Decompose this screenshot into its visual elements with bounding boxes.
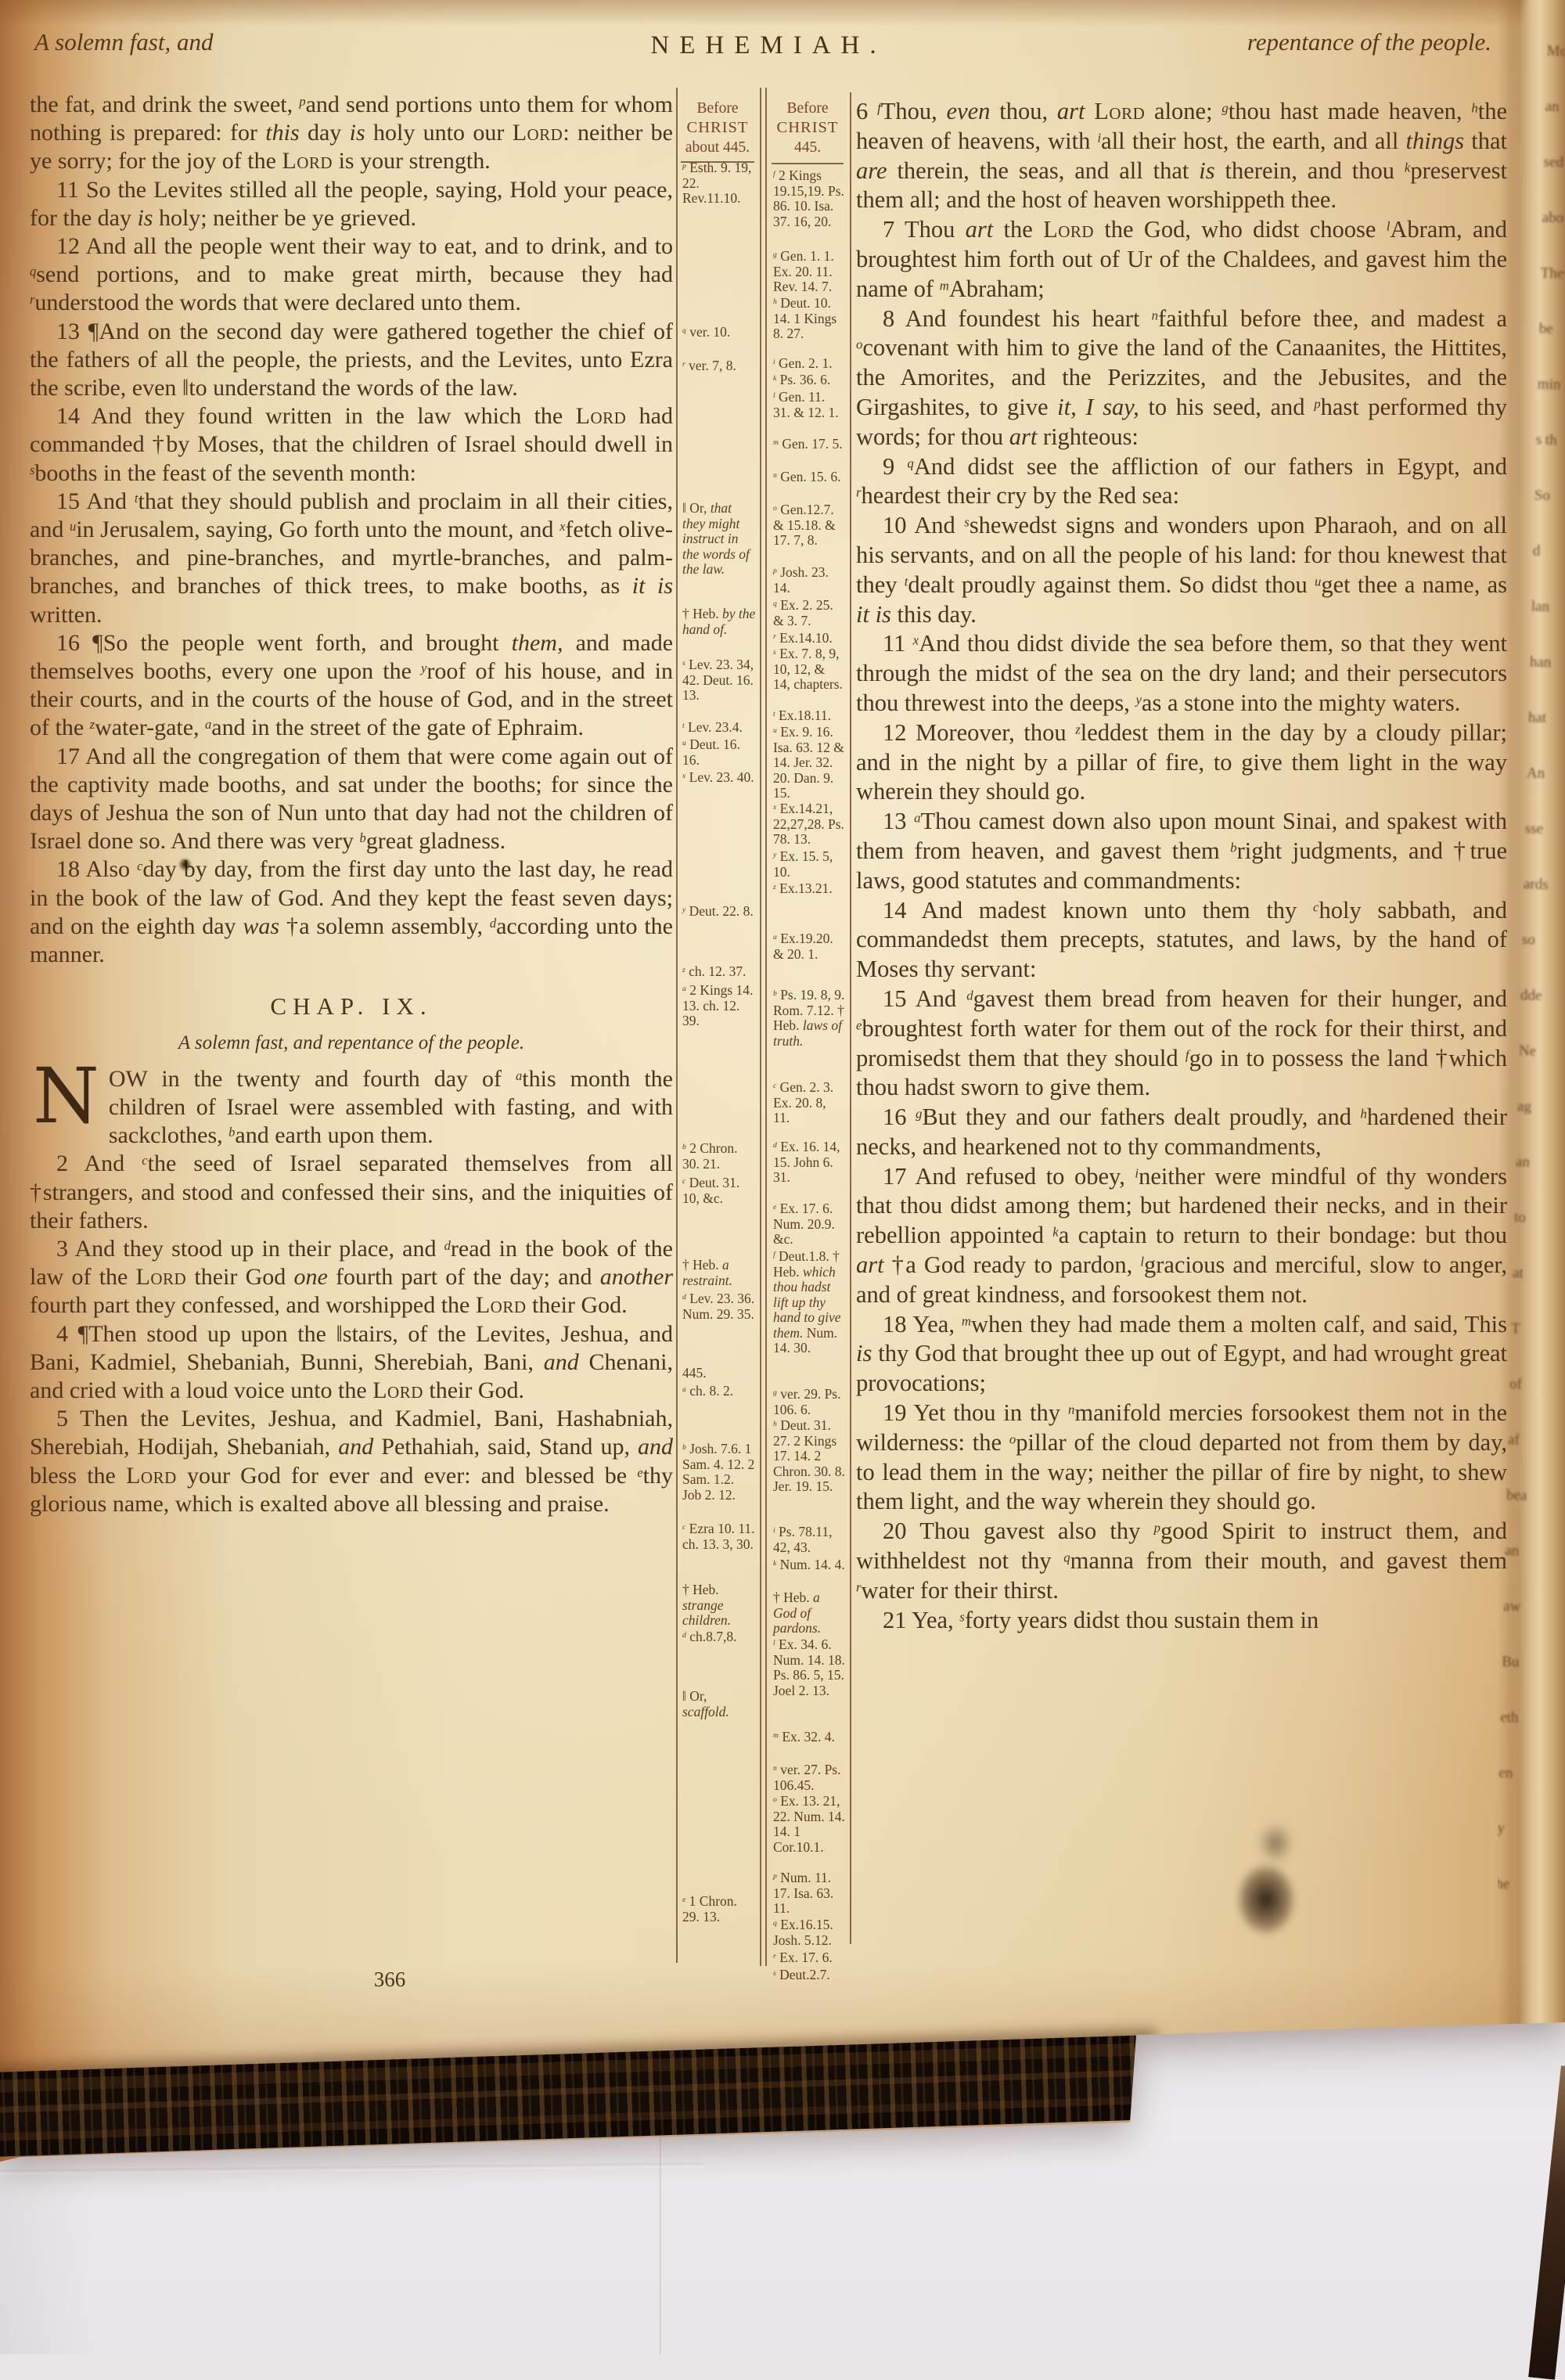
margin-ref: c Gen. 2. 3. Ex. 20. 8, 11. (773, 1080, 845, 1126)
verse-9-5: 5 Then the Levites, Jeshua, and Kadmiel,… (30, 1405, 673, 1518)
margin-ref: t Lev. 23.4. (682, 720, 756, 736)
verse-9-17: 17 And refused to obey, ineither were mi… (856, 1162, 1507, 1310)
drop-cap: N (30, 1065, 109, 1126)
margin-ref: x Ex.14.21, 22,27,28. Ps. 78. 13. (773, 801, 845, 848)
margin-ref: q Ex.16.15. Josh. 5.12. (773, 1917, 845, 1948)
verse-9-21: 21 Yea, sforty years didst thou sustain … (856, 1606, 1507, 1636)
margin-ref: x Lev. 23. 40. (682, 770, 756, 786)
margin-ref: i Ps. 78.11, 42, 43. (773, 1525, 845, 1555)
verse-9-4: 4 ¶Then stood up upon the ‖stairs, of th… (30, 1320, 673, 1406)
margin-ref: d Ex. 16. 14, 15. John 6. 31. (773, 1140, 845, 1186)
bible-book: Mor an sed abo The be min s th So d lan … (0, 0, 1565, 2354)
margin-ref: k Num. 14. 4. (773, 1557, 845, 1573)
margin-references-left: p Esth. 9. 19, 22. Rev.11.10.q ver. 10.r… (682, 0, 756, 2035)
margin-ref: a Ex.19.20. & 20. 1. (773, 931, 845, 962)
ink-smudge-faint (1252, 1816, 1299, 1871)
margin-ref: b 2 Chron. 30. 21. (682, 1141, 756, 1172)
verse-8-18: 18 Also cday by day, from the first day … (30, 855, 673, 969)
column-rule-1 (676, 88, 678, 1963)
margin-references-right: f 2 Kings 19.15,19. Ps. 86. 10. Isa. 37.… (773, 0, 845, 2035)
margin-ref: p Josh. 23. 14. (773, 565, 845, 596)
verse-8-16: 16 ¶So the people went forth, and brough… (30, 629, 673, 743)
verse-8-14: 14 And they found written in the law whi… (30, 402, 673, 488)
margin-ref: p Esth. 9. 19, 22. Rev.11.10. (682, 160, 756, 207)
margin-ref: o Ex. 13. 21, 22. Num. 14. 14. 1 Cor.10.… (773, 1794, 845, 1855)
margin-ref: z Ex.13.21. (773, 881, 845, 897)
margin-ref: ‖ Or, that they might instruct in the wo… (682, 501, 756, 578)
verse-9-18: 18 Yea, mwhen they had made them a molte… (856, 1310, 1507, 1399)
verse-9-20: 20 Thou gavest also thy pgood Spirit to … (856, 1517, 1507, 1605)
chapter-heading: CHAP. IX. (30, 992, 673, 1021)
margin-ref: t Ex.18.11. (773, 708, 845, 724)
page-number: 366 (343, 1968, 437, 1992)
running-head-right: repentance of the people. (1247, 28, 1491, 56)
verse-8-15: 15 And tthat they should publish and pro… (30, 488, 673, 629)
margin-ref: † Heb. a restraint. (682, 1258, 756, 1288)
margin-ref: h Deut. 10. 14. 1 Kings 8. 27. (773, 296, 845, 342)
margin-ref: q Ex. 2. 25. & 3. 7. (773, 598, 845, 628)
margin-ref: ‖ Or, scaffold. (682, 1689, 756, 1719)
margin-ref: e 1 Chron. 29. 13. (682, 1894, 756, 1925)
column-rule-2 (760, 88, 761, 1966)
margin-ref: m Gen. 17. 5. (773, 437, 845, 452)
text-column-left: the fat, and drink the sweet, pand send … (30, 91, 673, 1518)
column-rule-4 (850, 92, 851, 1944)
margin-ref: y Ex. 15. 5, 10. (773, 849, 845, 880)
verse-9-1: NOW in the twenty and fourth day of athi… (30, 1065, 673, 1150)
margin-ref: g ver. 29. Ps. 106. 6. (773, 1387, 845, 1417)
margin-ref: g Gen. 1. 1. Ex. 20. 11. Rev. 14. 7. (773, 249, 845, 295)
verse-9-19: 19 Yet thou in thy nmanifold mercies for… (856, 1399, 1507, 1517)
margin-ref: a ch. 8. 2. (682, 1384, 756, 1399)
verse-8-13: 13 ¶And on the second day were gathered … (30, 318, 673, 403)
verse-9-12: 12 Moreover, thou zleddest them in the d… (856, 718, 1507, 807)
margin-ref: l Gen. 11. 31. & 12. 1. (773, 390, 845, 420)
verse-9-16: 16 gBut they and our fathers dealt proud… (856, 1103, 1507, 1162)
margin-ref: r Ex.14.10. (773, 631, 845, 646)
margin-ref: n ver. 27. Ps. 106.45. (773, 1762, 845, 1793)
verse-9-9: 9 qAnd didst see the affliction of our f… (856, 452, 1507, 512)
margin-ref: f 2 Kings 19.15,19. Ps. 86. 10. Isa. 37.… (773, 168, 845, 229)
margin-ref: r ver. 7, 8. (682, 358, 756, 374)
margin-ref: s Deut.2.7. (773, 1968, 845, 1983)
margin-ref: f Deut.1.8. † Heb. which thou hadst lift… (773, 1249, 845, 1356)
verse-9-13: 13 aThou camest down also upon mount Sin… (856, 807, 1507, 895)
verse-9-11: 11 xAnd thou didst divide the sea before… (856, 629, 1507, 718)
margin-ref: l Ex. 34. 6. Num. 14. 18. Ps. 86. 5, 15.… (773, 1637, 845, 1698)
verse-9-14: 14 And madest known unto them thy choly … (856, 896, 1507, 985)
margin-ref: m Ex. 32. 4. (773, 1730, 845, 1745)
margin-ref: k Ps. 36. 6. (773, 373, 845, 388)
margin-ref: i Gen. 2. 1. (773, 356, 845, 372)
margin-ref: y Deut. 22. 8. (682, 904, 756, 920)
text-column-right: 6 fThou, even thou, art Lord alone; gtho… (856, 97, 1507, 1635)
verse-9-7: 7 Thou art the Lord the God, who didst c… (856, 215, 1507, 304)
page-content: A solemn fast, and NEHEMIAH. repentance … (0, 0, 1565, 2168)
margin-ref: c Deut. 31. 10, &c. (682, 1176, 756, 1206)
verse-8-17: 17 And all the congregation of them that… (30, 743, 673, 856)
margin-ref: † Heb. by the hand of. (682, 607, 756, 637)
margin-ref: a 2 Kings 14. 13. ch. 12. 39. (682, 983, 756, 1029)
margin-ref: q ver. 10. (682, 325, 756, 340)
margin-ref: b Josh. 7.6. 1 Sam. 4. 12. 2 Sam. 1.2. J… (682, 1442, 756, 1503)
column-rule-3 (765, 88, 767, 1966)
margin-ref: h Deut. 31. 27. 2 Kings 17. 14. 2 Chron.… (773, 1418, 845, 1495)
verse-8-10: the fat, and drink the sweet, pand send … (30, 91, 673, 176)
margin-ref: s Ex. 7. 8, 9, 10, 12, & 14, chapters. (773, 646, 845, 693)
margin-ref: z ch. 12. 37. (682, 964, 756, 980)
margin-ref: p Num. 11. 17. Isa. 63. 11. (773, 1871, 845, 1917)
margin-ref: s Lev. 23. 34, 42. Deut. 16. 13. (682, 657, 756, 704)
ink-blot (178, 858, 192, 871)
verse-8-12: 12 And all the people went their way to … (30, 232, 673, 318)
margin-ref: 445. (682, 1366, 756, 1381)
verse-9-10: 10 And sshewedst signs and wonders upon … (856, 511, 1507, 629)
margin-ref: o Gen.12.7. & 15.18. & 17. 7, 8. (773, 502, 845, 549)
verse-9-15: 15 And dgavest them bread from heaven fo… (856, 985, 1507, 1103)
verse-9-6: 6 fThou, even thou, art Lord alone; gtho… (856, 97, 1507, 215)
verse-9-3: 3 And they stood up in their place, and … (30, 1235, 673, 1320)
margin-ref: u Deut. 16. 16. (682, 737, 756, 768)
margin-ref: e Ex. 17. 6. Num. 20.9. &c. (773, 1201, 845, 1248)
margin-ref: d Lev. 23. 36. Num. 29. 35. (682, 1291, 756, 1322)
margin-ref: b Ps. 19. 8, 9. Rom. 7.12. † Heb. laws o… (773, 988, 845, 1049)
margin-ref: c Ezra 10. 11. ch. 13. 3, 30. (682, 1521, 756, 1552)
margin-ref: r Ex. 17. 6. (773, 1950, 845, 1966)
verse-9-8: 8 And foundest his heart nfaithful befor… (856, 304, 1507, 452)
margin-ref: † Heb. strange children. (682, 1582, 756, 1629)
verse-8-11: 11 So the Levites stilled all the people… (30, 176, 673, 232)
margin-ref: u Ex. 9. 16. Isa. 63. 12 & 14. Jer. 32. … (773, 725, 845, 801)
verse-9-2: 2 And cthe seed of Israel separated them… (30, 1150, 673, 1235)
margin-ref: † Heb. a God of pardons. (773, 1590, 845, 1636)
chapter-subtitle: A solemn fast, and repentance of the peo… (30, 1029, 673, 1057)
bible-page: Mor an sed abo The be min s th So d lan … (0, 0, 1565, 2168)
margin-ref: d ch.8.7,8. (682, 1629, 756, 1645)
margin-ref: n Gen. 15. 6. (773, 470, 845, 485)
